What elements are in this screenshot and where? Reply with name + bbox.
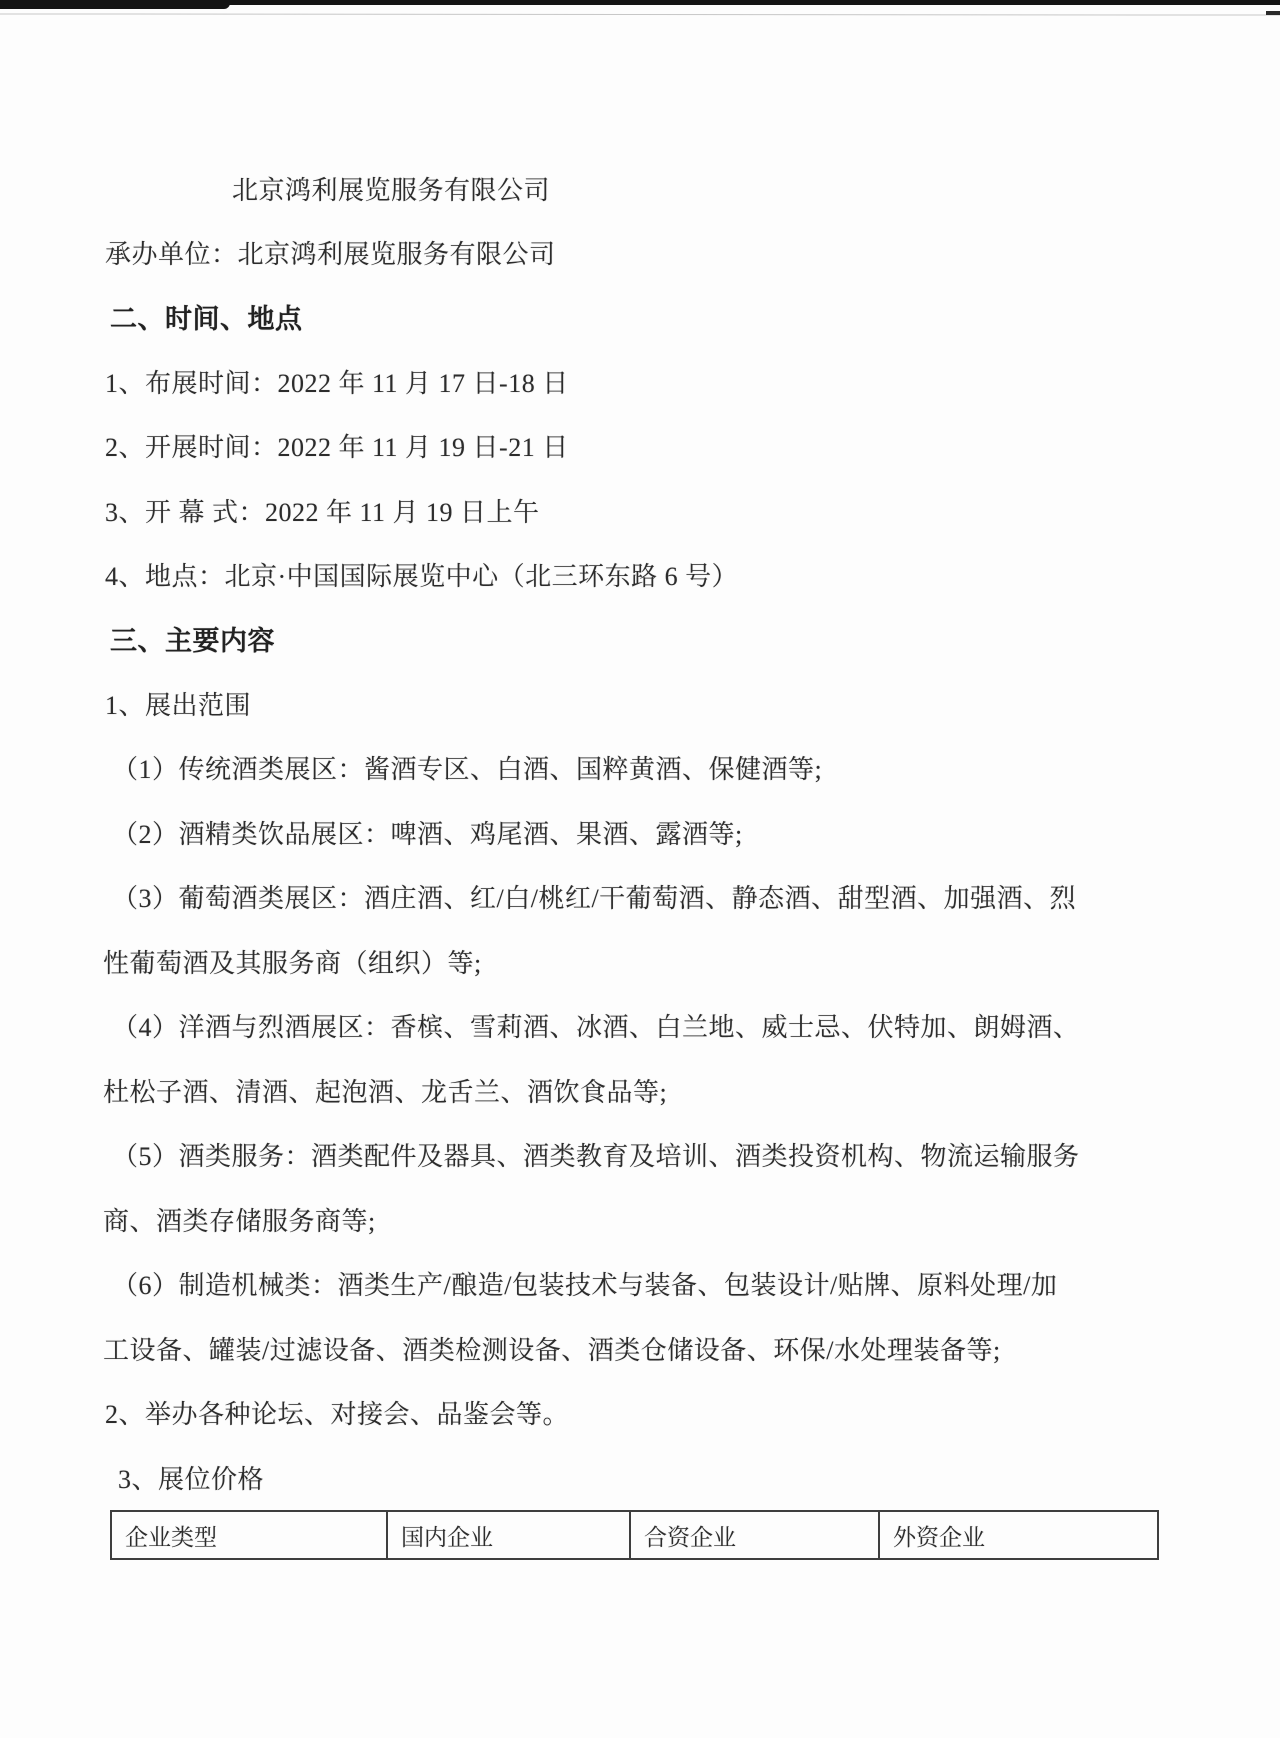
scan-mark-artifact <box>1266 11 1280 15</box>
scope-item-6-line-2: 工设备、罐装/过滤设备、酒类检测设备、酒类仓储设备、环保/水处理装备等; <box>103 1336 1001 1366</box>
forums-line: 2、举办各种论坛、对接会、品鉴会等。 <box>105 1400 569 1430</box>
scope-item-5-line-1: （5）酒类服务：酒类配件及器具、酒类教育及培训、酒类投资机构、物流运输服务 <box>112 1142 1080 1172</box>
scanned-document-page: 北京鸿利展览服务有限公司 承办单位：北京鸿利展览服务有限公司 二、时间、地点 1… <box>0 0 1280 1738</box>
section-3-heading: 三、主要内容 <box>110 626 275 657</box>
scope-heading-line: 1、展出范围 <box>105 691 251 721</box>
scope-item-1: （1）传统酒类展区：酱酒专区、白酒、国粹黄酒、保健酒等; <box>112 755 822 785</box>
exhibition-time-line: 2、开展时间：2022 年 11 月 19 日-21 日 <box>105 433 569 463</box>
undertaker-line: 承办单位：北京鸿利展览服务有限公司 <box>105 240 556 270</box>
scope-item-2: （2）酒精类饮品展区：啤酒、鸡尾酒、果酒、露酒等; <box>112 820 743 850</box>
scope-item-4-line-1: （4）洋酒与烈酒展区：香槟、雪莉酒、冰酒、白兰地、威士忌、伏特加、朗姆酒、 <box>112 1013 1080 1043</box>
price-table-header-company-type: 企业类型 <box>111 1511 387 1559</box>
organizer-company-line: 北京鸿利展览服务有限公司 <box>232 176 550 206</box>
location-line: 4、地点：北京·中国国际展览中心（北三环东路 6 号） <box>105 562 738 592</box>
scope-item-6-line-1: （6）制造机械类：酒类生产/酿造/包装技术与装备、包装设计/贴牌、原料处理/加 <box>112 1271 1057 1301</box>
scope-item-3-line-1: （3）葡萄酒类展区：酒庄酒、红/白/桃红/干葡萄酒、静态酒、甜型酒、加强酒、烈 <box>112 884 1076 914</box>
price-table-header-foreign: 外资企业 <box>879 1511 1158 1559</box>
scope-item-4-line-2: 杜松子酒、清酒、起泡酒、龙舌兰、酒饮食品等; <box>103 1078 667 1108</box>
scope-item-3-line-2: 性葡萄酒及其服务商（组织）等; <box>103 949 482 979</box>
opening-ceremony-line: 3、开 幕 式：2022 年 11 月 19 日上午 <box>105 498 540 528</box>
price-table-header-row: 企业类型 国内企业 合资企业 外资企业 <box>111 1511 1158 1559</box>
section-2-heading: 二、时间、地点 <box>110 304 303 335</box>
scan-edge-corner-artifact <box>0 0 230 9</box>
scope-item-5-line-2: 商、酒类存储服务商等; <box>103 1207 376 1237</box>
scan-hairline-artifact <box>0 13 1280 15</box>
booth-price-table: 企业类型 国内企业 合资企业 外资企业 <box>110 1510 1159 1560</box>
booth-price-heading-line: 3、展位价格 <box>118 1465 264 1495</box>
setup-time-line: 1、布展时间：2022 年 11 月 17 日-18 日 <box>105 369 569 399</box>
price-table-header-joint-venture: 合资企业 <box>630 1511 879 1559</box>
price-table-header-domestic: 国内企业 <box>387 1511 630 1559</box>
